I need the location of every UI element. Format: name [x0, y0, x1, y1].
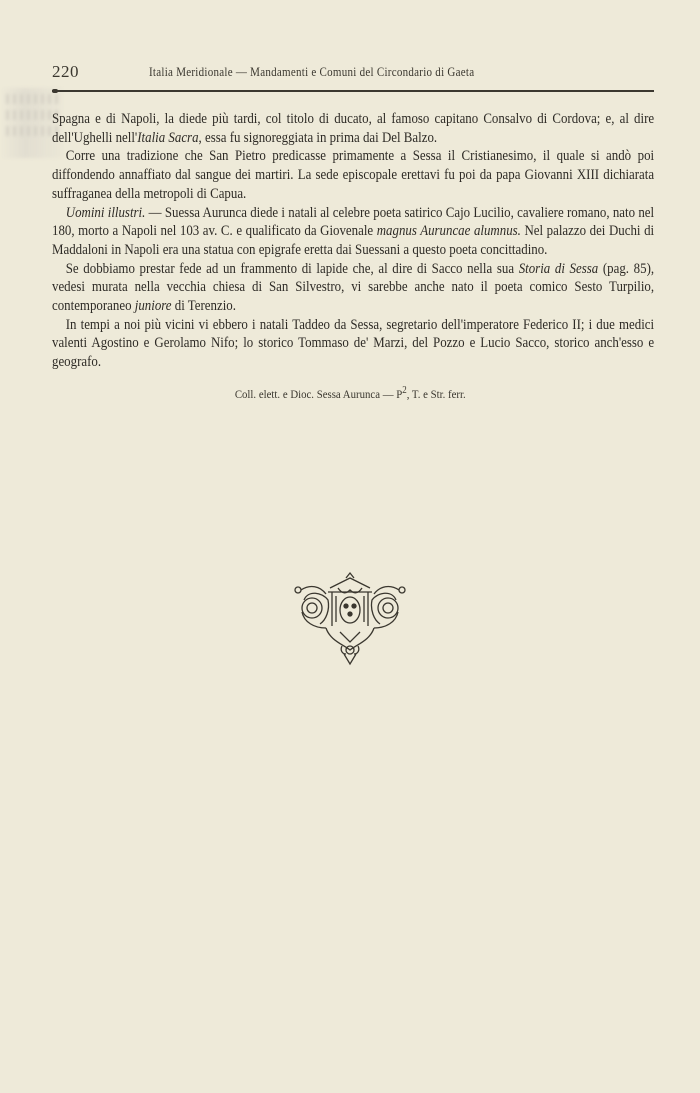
latin-quote: magnus Auruncae alumnus.	[377, 223, 521, 239]
body-text: Spagna e di Napoli, la diede più tardi, …	[52, 110, 654, 372]
text-run: di Terenzio.	[172, 298, 236, 314]
italic-title: Storia di Sessa	[519, 261, 599, 277]
administrative-note-text: Coll. elett. e Dioc. Sessa Aurunca — P2,…	[235, 385, 466, 402]
floral-tailpiece-ornament-icon	[290, 570, 410, 666]
text-run: Corre una tradizione che San Pietro pred…	[52, 148, 654, 201]
text-run: , T. e Str. ferr.	[406, 387, 465, 401]
running-title: Italia Meridionale — Mandamenti e Comuni…	[149, 65, 474, 80]
italic-word: juniore	[135, 298, 172, 314]
paragraph: Spagna e di Napoli, la diede più tardi, …	[52, 110, 654, 147]
page-number: 220	[52, 62, 79, 82]
text-run: Se dobbiamo prestar fede ad un frammento…	[66, 261, 519, 277]
page-header: 220 Italia Meridionale — Mandamenti e Co…	[52, 62, 654, 86]
administrative-note: Coll. elett. e Dioc. Sessa Aurunca — P2,…	[0, 385, 700, 402]
paragraph: In tempi a noi più vicini vi ebbero i na…	[52, 316, 654, 372]
text-run: , essa fu signoreggiata in prima dai Del…	[199, 130, 438, 146]
text-run: Coll. elett. e Dioc. Sessa Aurunca — P	[235, 387, 402, 401]
italic-title: Italia Sacra	[137, 130, 198, 146]
text-run: In tempi a noi più vicini vi ebbero i na…	[52, 317, 654, 370]
paragraph: Se dobbiamo prestar fede ad un frammento…	[52, 260, 654, 316]
paragraph: Corre una tradizione che San Pietro pred…	[52, 147, 654, 203]
header-rule	[52, 90, 654, 92]
paragraph: Uomini illustri. — Suessa Aurunca diede …	[52, 204, 654, 260]
section-heading-italic: Uomini illustri.	[66, 205, 146, 221]
